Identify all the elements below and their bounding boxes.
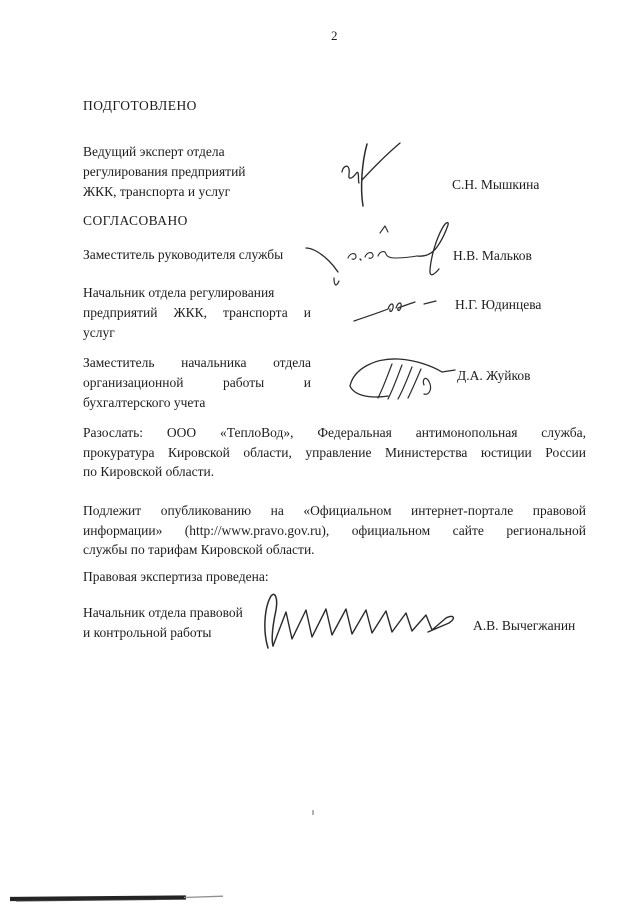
role-line: Заместитель начальника отдела [83, 353, 311, 373]
heading-agreed: СОГЛАСОВАНО [83, 211, 188, 231]
document-page: 2 ПОДГОТОВЛЕНО Ведущий эксперт отдела ре… [0, 0, 640, 905]
role-line: ЖКК, транспорта и услуг [83, 182, 318, 202]
heading-prepared: ПОДГОТОВЛЕНО [83, 96, 197, 116]
role-deputy-head-service: Заместитель руководителя службы [83, 245, 318, 265]
mailing-paragraph: Разослать: ООО «ТеплоВод», Федеральная а… [83, 423, 586, 482]
scan-speck-artifact [312, 810, 314, 815]
signer-name: А.В. Вычегжанин [473, 618, 575, 634]
role-head-regulation: Начальник отдела регулирования предприят… [83, 283, 311, 343]
paragraph-line: прокуратура Кировской области, управлени… [83, 443, 586, 463]
role-line: организационной работы и [83, 373, 311, 393]
paragraph-line: службы по тарифам Кировской области. [83, 540, 586, 560]
role-line: Заместитель руководителя службы [83, 245, 318, 265]
myshkina-signature [332, 136, 437, 214]
role-leading-expert: Ведущий эксперт отдела регулирования пре… [83, 142, 318, 202]
vychegzhanin-signature [256, 592, 471, 652]
paragraph-line: информации» (http://www.pravo.gov.ru), о… [83, 521, 586, 541]
paragraph-line: Подлежит опубликованию на «Официальном и… [83, 501, 586, 521]
role-line: Ведущий эксперт отдела [83, 142, 318, 162]
role-line: услуг [83, 323, 311, 343]
signer-name: Н.Г. Юдинцева [455, 297, 541, 313]
malkov-signature [296, 222, 466, 296]
page-number: 2 [331, 28, 338, 44]
role-line: предприятий ЖКК, транспорта и [83, 303, 311, 323]
role-line: бухгалтерского учета [83, 393, 311, 413]
role-line: Начальник отдела регулирования [83, 283, 311, 303]
paragraph-line: по Кировской области. [83, 462, 586, 482]
signer-name: Н.В. Мальков [453, 248, 532, 264]
zhuykov-signature [342, 352, 460, 404]
role-deputy-head-org: Заместитель начальника отдела организаци… [83, 353, 311, 413]
legal-review-label: Правовая экспертиза проведена: [83, 567, 269, 587]
signer-name: Д.А. Жуйков [457, 368, 531, 384]
role-line: регулирования предприятий [83, 162, 318, 182]
yudintseva-signature [350, 296, 442, 324]
signer-name: С.Н. Мышкина [452, 177, 539, 193]
scan-line-artifact [6, 892, 230, 904]
publication-paragraph: Подлежит опубликованию на «Официальном и… [83, 501, 586, 560]
paragraph-line: Разослать: ООО «ТеплоВод», Федеральная а… [83, 423, 586, 443]
